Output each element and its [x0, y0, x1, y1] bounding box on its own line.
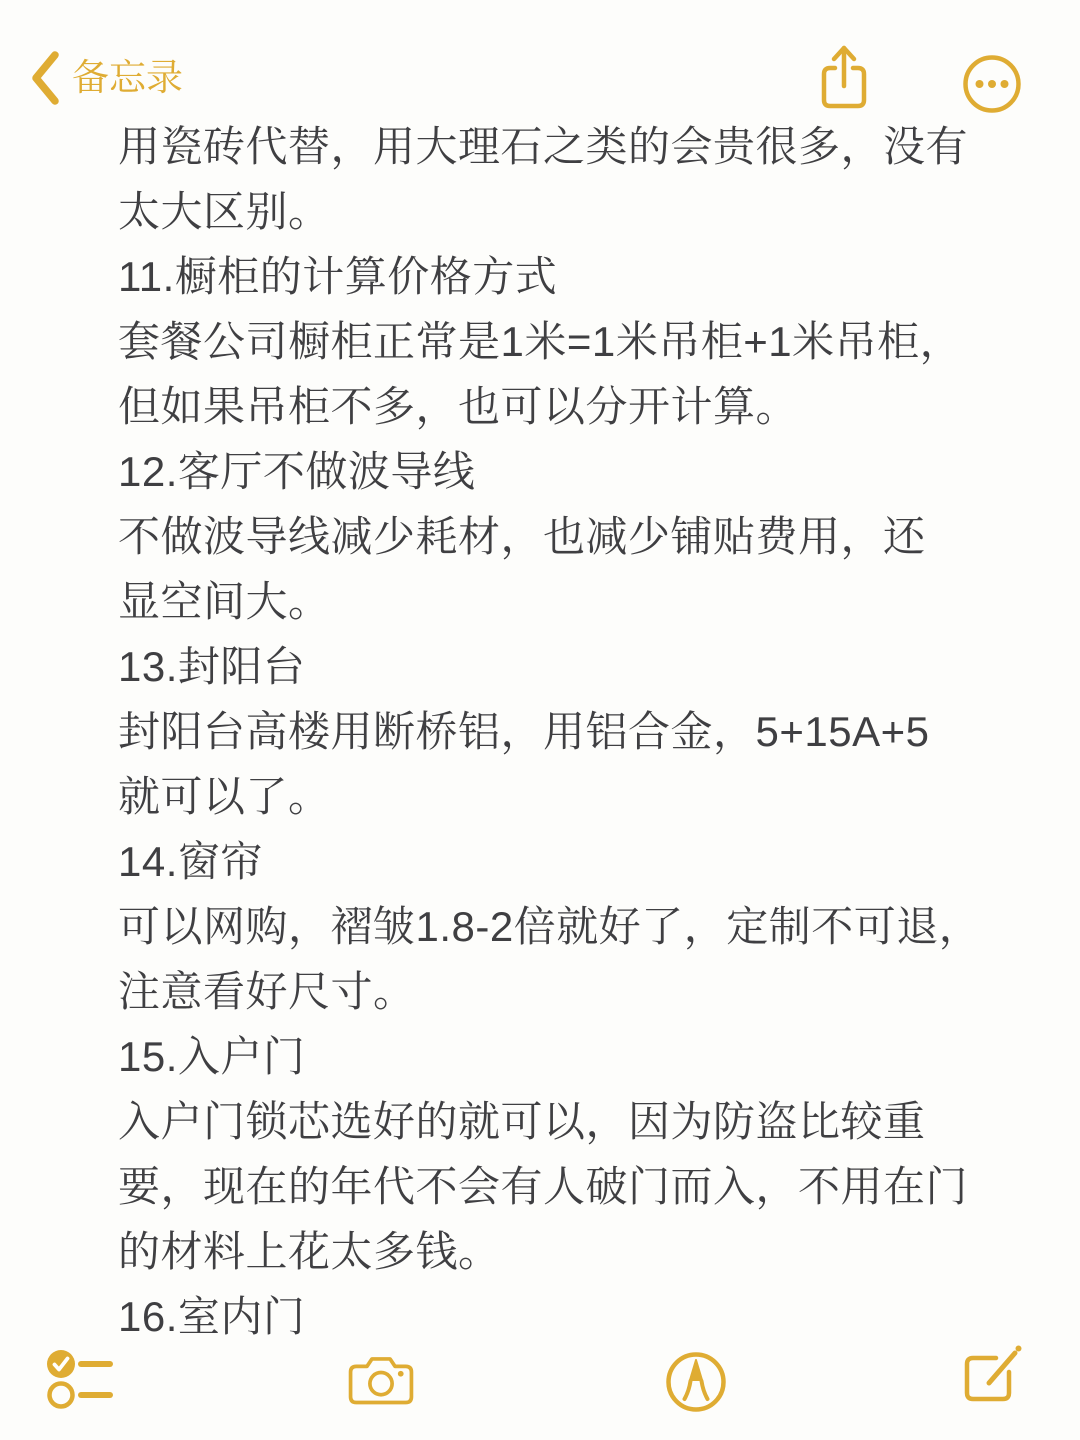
more-options-button[interactable] — [962, 54, 1022, 114]
note-line: 太大区别。 — [118, 179, 1044, 244]
note-line: 就可以了。 — [118, 764, 1044, 829]
note-line: 16.室内门 — [118, 1284, 1044, 1349]
camera-icon — [348, 1354, 414, 1405]
checklist-icon — [46, 1348, 116, 1410]
share-icon — [818, 44, 870, 112]
markup-pen-button[interactable] — [664, 1350, 728, 1414]
note-line: 注意看好尺寸。 — [118, 959, 1044, 1024]
note-line: 但如果吊柜不多，也可以分开计算。 — [118, 374, 1044, 439]
markup-pen-icon — [664, 1350, 728, 1414]
camera-button[interactable] — [348, 1354, 414, 1405]
note-line: 12.客厅不做波导线 — [118, 439, 1044, 504]
more-circle-icon — [962, 54, 1022, 114]
notes-app-screen: 备忘录 用瓷砖代替，用大理石之类的会贵很多，没有 太大区别。 11.橱柜的计算价… — [0, 0, 1080, 1440]
compose-icon — [958, 1342, 1024, 1408]
note-line: 的材料上花太多钱。 — [118, 1219, 1044, 1284]
note-line: 用瓷砖代替，用大理石之类的会贵很多，没有 — [118, 114, 1044, 179]
back-button-label: 备忘录 — [72, 50, 183, 106]
note-line: 封阳台高楼用断桥铝，用铝合金，5+15A+5 — [118, 699, 1044, 764]
share-button[interactable] — [818, 44, 870, 112]
compose-button[interactable] — [958, 1342, 1024, 1408]
note-editor[interactable]: 用瓷砖代替，用大理石之类的会贵很多，没有 太大区别。 11.橱柜的计算价格方式 … — [118, 114, 1044, 1349]
note-line: 显空间大。 — [118, 569, 1044, 634]
note-line: 套餐公司橱柜正常是1米=1米吊柜+1米吊柜， — [118, 309, 1044, 374]
note-line: 13.封阳台 — [118, 634, 1044, 699]
note-line: 11.橱柜的计算价格方式 — [118, 244, 1044, 309]
note-line: 14.窗帘 — [118, 829, 1044, 894]
note-line: 入户门锁芯选好的就可以，因为防盗比较重 — [118, 1089, 1044, 1154]
note-line: 可以网购，褶皱1.8-2倍就好了，定制不可退， — [118, 894, 1044, 959]
chevron-left-icon — [28, 50, 62, 106]
note-line: 不做波导线减少耗材，也减少铺贴费用，还 — [118, 504, 1044, 569]
back-button[interactable]: 备忘录 — [28, 50, 183, 106]
note-line: 要，现在的年代不会有人破门而入，不用在门 — [118, 1154, 1044, 1219]
note-line: 15.入户门 — [118, 1024, 1044, 1089]
checklist-button[interactable] — [46, 1348, 116, 1410]
